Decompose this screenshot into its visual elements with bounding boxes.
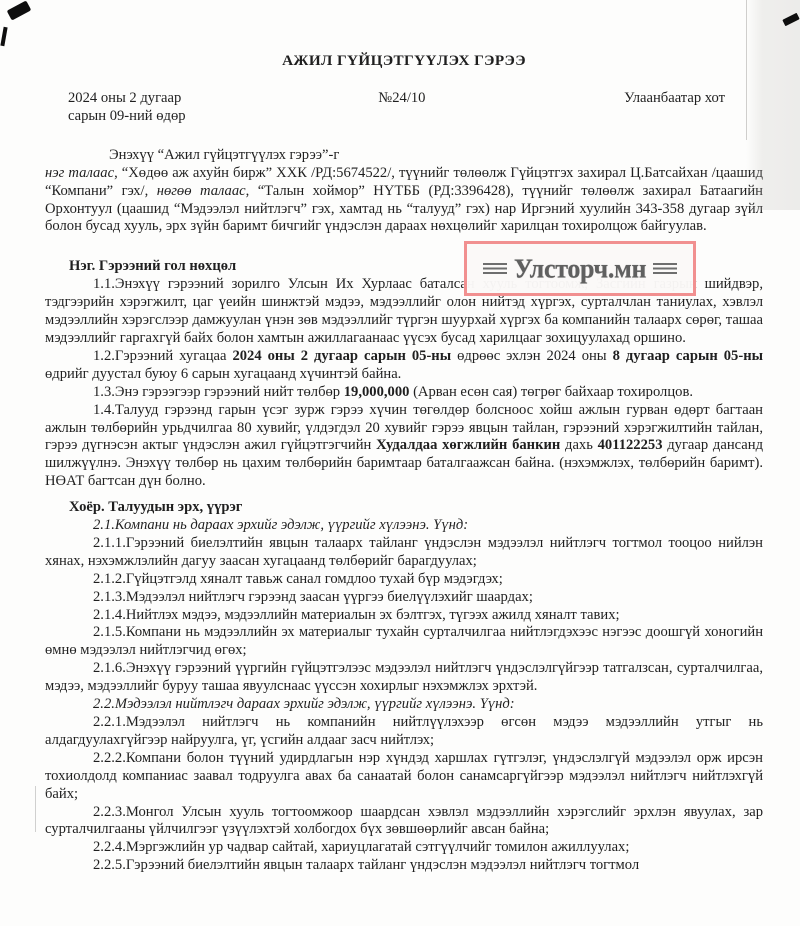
clause-2-2-5-clipped: 2.2.5.Гэрээний биелэлтийн явцын талаарх … <box>45 857 763 875</box>
intro-lead: Энэхүү “Ажил гүйцэтгүүлэх гэрээ”-г <box>45 147 763 165</box>
date-line-1: 2024 оны 2 дугаар <box>68 90 294 108</box>
bank-account-number: 401122253 <box>598 437 663 453</box>
clause-2-2-4: 2.2.4.Мэргэжлийн ур чадвар сайтай, хариу… <box>45 839 763 857</box>
clause-number: 2.2.5. <box>69 857 126 875</box>
clause-number: 2.1.6. <box>69 660 126 678</box>
scan-fold-line <box>35 786 36 832</box>
intro-paragraph: нэг талаас, “Хөдөө аж ахуйн бирж” ХХК /Р… <box>45 165 763 237</box>
clause-number: 2.2.2. <box>69 750 126 768</box>
document-city: Улаанбаатар хот <box>510 90 763 126</box>
stamp-text: Улсторч.мн <box>514 253 646 285</box>
clause-number: 2.2.4. <box>69 839 126 857</box>
scan-edge-shading <box>746 0 800 210</box>
document-date: 2024 оны 2 дугаар сарын 09-ний өдөр <box>45 90 294 126</box>
clause-2-2-3: 2.2.3.Монгол Улсын хууль тогтоомжоор шаа… <box>45 804 763 840</box>
clause-2-1-2: 2.1.2.Гүйцэтгэлд хяналт тавьж санал гомд… <box>45 571 763 589</box>
clause-number: 2.1.3. <box>69 589 126 607</box>
clause-number: 1.4. <box>69 402 115 420</box>
clause-number: 2.1.1. <box>69 535 126 553</box>
scanned-contract-page: { "header": { "title": "АЖИЛ ГҮЙЦЭТГҮҮЛЭ… <box>0 0 800 926</box>
clause-1-2: 1.2.Гэрээний хугацаа 2024 оны 2 дугаар с… <box>45 348 763 384</box>
bank-name: Худалдаа хөгжлийн банкин <box>376 437 560 453</box>
contract-amount: 19,000,000 <box>344 384 410 400</box>
clause-number: 2.1.4. <box>69 607 126 625</box>
clause-2-1-1: 2.1.1.Гэрээний биелэлтийн явцын талаарх … <box>45 535 763 571</box>
scan-page-edge-line <box>746 0 747 140</box>
clause-1-3: 1.3.Энэ гэрээгээр гэрээний нийт төлбөр 1… <box>45 384 763 402</box>
clause-1-4: 1.4.Талууд гэрээнд гарын үсэг зурж гэрээ… <box>45 402 763 492</box>
clause-2-1-5: 2.1.5.Компани нь мэдээллийн эх материалы… <box>45 624 763 660</box>
document-number: №24/10 <box>294 90 509 126</box>
intro-party2-label: нөгөө талаас <box>157 183 246 199</box>
clause-number: 2.2.3. <box>69 804 126 822</box>
stamp-wing-right-icon <box>653 263 677 274</box>
contract-start-date: 2024 оны 2 дугаар сарын 05-ны <box>232 348 451 364</box>
clause-2-1-4: 2.1.4.Нийтлэх мэдээ, мэдээллийн материал… <box>45 607 763 625</box>
clause-number: 2.2.1. <box>69 714 126 732</box>
ulstorch-watermark-stamp: Улсторч.мн <box>464 241 696 296</box>
clause-2-1: 2.1.Компани нь дараах эрхийг эдэлж, үүрг… <box>45 517 763 535</box>
clause-number: 2.2. <box>69 696 115 714</box>
clause-2-2-1: 2.2.1.Мэдээлэл нийтлэгч нь компанийн ний… <box>45 714 763 750</box>
clause-number: 2.1.2. <box>69 571 126 589</box>
contract-document: АЖИЛ ГҮЙЦЭТГҮҮЛЭХ ГЭРЭЭ 2024 оны 2 дугаа… <box>0 0 800 875</box>
clause-number: 2.1.5. <box>69 624 126 642</box>
section-2-heading: Хоёр. Талуудын эрх, үүрэг <box>45 499 763 517</box>
intro-party1-label: нэг талаас <box>45 165 114 181</box>
clause-number: 1.2. <box>69 348 115 366</box>
date-line-2: сарын 09-ний өдөр <box>68 108 294 126</box>
clause-number: 1.3. <box>69 384 115 402</box>
clause-number: 2.1. <box>69 517 115 535</box>
clause-2-2: 2.2.Мэдээлэл нийтлэгч дараах эрхийг эдэл… <box>45 696 763 714</box>
page-title: АЖИЛ ГҮЙЦЭТГҮҮЛЭХ ГЭРЭЭ <box>45 52 763 70</box>
stamp-wing-left-icon <box>483 263 507 274</box>
clause-2-1-6: 2.1.6.Энэхүү гэрээний үүргийн гүйцэтгэлэ… <box>45 660 763 696</box>
document-meta-row: 2024 оны 2 дугаар сарын 09-ний өдөр №24/… <box>45 90 763 126</box>
clause-2-1-3: 2.1.3.Мэдээлэл нийтлэгч гэрээнд заасан ү… <box>45 589 763 607</box>
clause-2-2-2: 2.2.2.Компани болон түүний удирдлагын нэ… <box>45 750 763 804</box>
clause-number: 1.1. <box>69 276 115 294</box>
contract-end-date: 8 дугаар сарын 05-ны <box>613 348 763 364</box>
